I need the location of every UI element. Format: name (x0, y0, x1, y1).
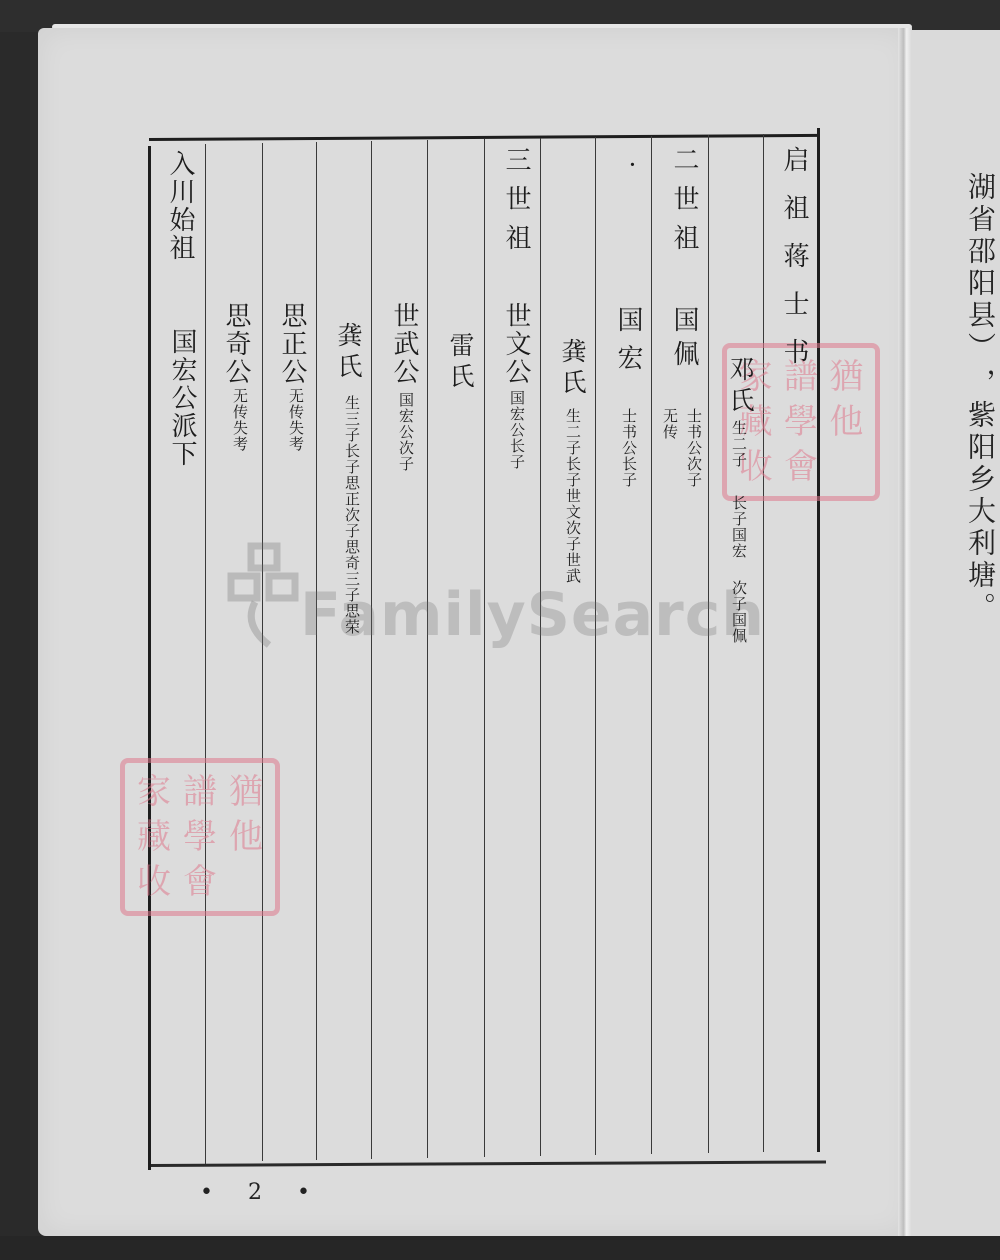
scan-background-bottom (0, 1236, 1000, 1260)
ancestor-founder-name: 启祖蒋士书 (776, 146, 813, 386)
person-name: 世文公 (498, 302, 535, 386)
person-note: 无传失考 (286, 388, 307, 452)
adjacent-page-text-1: 湖省邵阳县） (960, 172, 1000, 364)
frame-border-left (148, 146, 151, 1170)
spouse-note: 生二子长子世文次子世武 (563, 408, 584, 584)
seal-char (223, 860, 269, 905)
seal-char: 會 (778, 445, 823, 490)
spouse-name: 龚氏 (554, 338, 590, 400)
seal-char: 猶 (824, 354, 869, 399)
seal-char: 收 (131, 860, 177, 905)
seal-char (824, 445, 869, 490)
seal-char: 學 (177, 814, 223, 859)
person-note: 无传失考 (230, 388, 251, 452)
spouse-name: 雷氏 (442, 332, 478, 394)
person-note: 国宏公次子 (396, 392, 417, 472)
person-note: 国宏公长子 (507, 390, 528, 470)
frame-border-right (817, 128, 820, 1152)
familysearch-tree-logo-icon (225, 540, 305, 650)
person-note: 士书公长子 (619, 408, 640, 488)
column-rule (316, 142, 317, 1160)
spouse-note: 生二子 (729, 420, 750, 468)
column-rule (262, 143, 263, 1161)
spouse-note-children-1: 长子国宏 (729, 495, 750, 559)
person-name: 国佩 (666, 306, 703, 374)
spouse-name: 龚氏 (330, 322, 366, 384)
seal-char: 他 (223, 814, 269, 859)
person-name: 思奇公 (218, 302, 255, 386)
spouse-name: 邓氏 (722, 356, 758, 418)
person-name: 国宏 (610, 306, 647, 382)
generation-heading: 三世祖 (498, 146, 535, 263)
mark-dot: · (618, 150, 647, 185)
generation-heading: 二世祖 (666, 146, 703, 263)
spouse-note-children-2: 次子国佩 (729, 580, 750, 644)
page-number: • 2 • (200, 1180, 324, 1205)
spouse-note: 生三子长子思正次子思奇三子思荣 (342, 395, 363, 635)
library-seal-stamp: 家 譜 猶 藏 學 他 收 會 (120, 758, 280, 916)
seal-char: 家 (131, 769, 177, 814)
adjacent-page-text-3: 。 (960, 592, 1000, 624)
seal-char: 他 (824, 399, 869, 444)
seal-char: 學 (778, 399, 823, 444)
column-rule (205, 144, 206, 1164)
branch-heading: 入川始祖 (162, 150, 199, 262)
branch-name: 国宏公派下 (164, 328, 201, 468)
seal-char: 會 (177, 860, 223, 905)
familysearch-watermark: FamilySearch (300, 580, 765, 650)
adjacent-page-text-2: ，紫阳乡大利塘 (960, 368, 1000, 592)
seal-char: 譜 (177, 769, 223, 814)
person-note-status: 无传 (660, 408, 681, 440)
book-gutter (898, 28, 912, 1236)
person-name: 思正公 (274, 302, 311, 386)
seal-char: 猶 (223, 769, 269, 814)
seal-char: 藏 (131, 814, 177, 859)
column-rule (371, 141, 372, 1159)
person-note: 士书公次子 (684, 408, 705, 488)
person-name: 世武公 (386, 302, 423, 386)
